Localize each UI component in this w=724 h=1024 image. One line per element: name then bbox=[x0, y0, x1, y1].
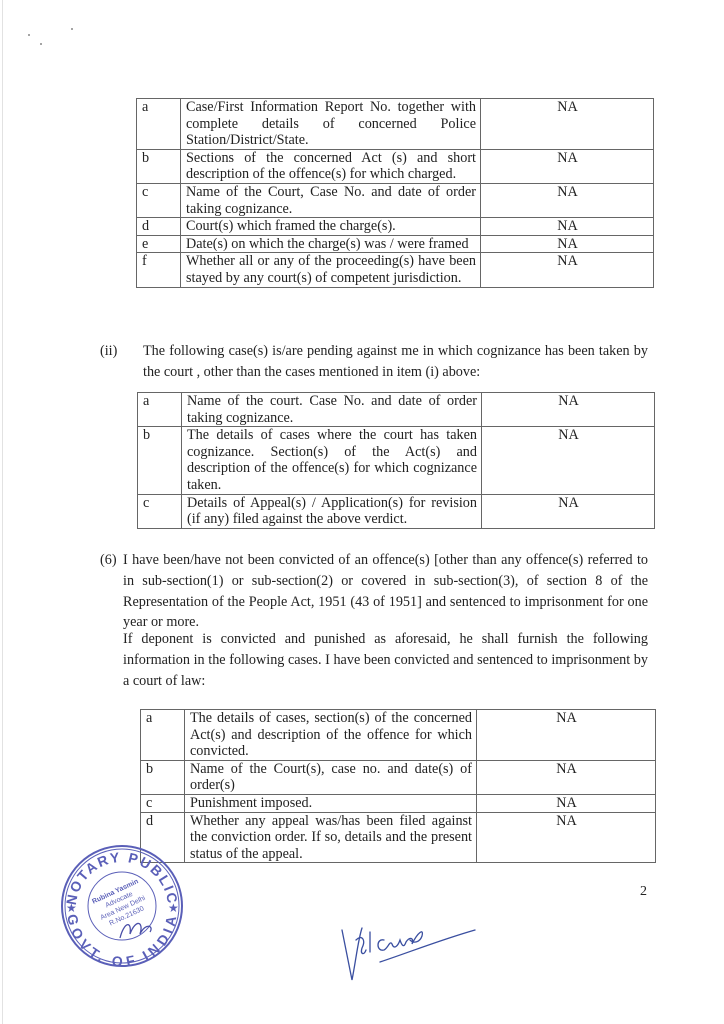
row-description: Case/First Information Report No. togeth… bbox=[181, 99, 481, 150]
table-row: cPunishment imposed.NA bbox=[141, 794, 656, 812]
row-value: NA bbox=[482, 393, 655, 427]
table-row: fWhether all or any of the proceeding(s)… bbox=[137, 253, 654, 287]
pending-cases-table: aName of the court. Case No. and date of… bbox=[137, 392, 655, 529]
row-description: Whether any appeal was/has been filed ag… bbox=[185, 812, 477, 863]
row-letter: d bbox=[137, 218, 181, 236]
row-description: The details of cases, section(s) of the … bbox=[185, 710, 477, 761]
star-icon: ★ bbox=[168, 901, 179, 915]
table-row: eDate(s) on which the charge(s) was / we… bbox=[137, 235, 654, 253]
scan-speck bbox=[71, 28, 73, 30]
row-value: NA bbox=[481, 253, 654, 287]
table-row: cName of the Court, Case No. and date of… bbox=[137, 183, 654, 217]
table-row: bThe details of cases where the court ha… bbox=[138, 427, 655, 494]
row-value: NA bbox=[481, 149, 654, 183]
row-description: Name of the Court(s), case no. and date(… bbox=[185, 760, 477, 794]
row-description: Court(s) which framed the charge(s). bbox=[181, 218, 481, 236]
row-value: NA bbox=[481, 99, 654, 150]
row-letter: c bbox=[137, 183, 181, 217]
row-description: Name of the court. Case No. and date of … bbox=[182, 393, 482, 427]
row-letter: a bbox=[141, 710, 185, 761]
row-value: NA bbox=[482, 494, 655, 528]
row-description: Whether all or any of the proceeding(s) … bbox=[181, 253, 481, 287]
row-letter: f bbox=[137, 253, 181, 287]
charges-table: aCase/First Information Report No. toget… bbox=[136, 98, 654, 288]
row-letter: c bbox=[141, 794, 185, 812]
table-row: dWhether any appeal was/has been filed a… bbox=[141, 812, 656, 863]
table-row: aName of the court. Case No. and date of… bbox=[138, 393, 655, 427]
table-row: dCourt(s) which framed the charge(s).NA bbox=[137, 218, 654, 236]
row-letter: b bbox=[138, 427, 182, 494]
notary-stamp: NOTARY PUBLIC GOVT. OF INDIA ★ ★ Rubina … bbox=[58, 842, 186, 968]
row-letter: a bbox=[137, 99, 181, 150]
pending-cases-table-body: aName of the court. Case No. and date of… bbox=[138, 393, 655, 529]
row-description: Details of Appeal(s) / Application(s) fo… bbox=[182, 494, 482, 528]
convictions-table: aThe details of cases, section(s) of the… bbox=[140, 709, 656, 863]
row-letter: b bbox=[141, 760, 185, 794]
table-row: aCase/First Information Report No. toget… bbox=[137, 99, 654, 150]
row-value: NA bbox=[481, 218, 654, 236]
table-row: cDetails of Appeal(s) / Application(s) f… bbox=[138, 494, 655, 528]
row-letter: c bbox=[138, 494, 182, 528]
row-description: Sections of the concerned Act (s) and sh… bbox=[181, 149, 481, 183]
section-6-label: (6) bbox=[100, 550, 117, 571]
page-edge bbox=[2, 0, 3, 1024]
row-description: The details of cases where the court has… bbox=[182, 427, 482, 494]
page-number: 2 bbox=[640, 884, 647, 900]
row-value: NA bbox=[481, 183, 654, 217]
convictions-table-body: aThe details of cases, section(s) of the… bbox=[141, 710, 656, 863]
table-row: bSections of the concerned Act (s) and s… bbox=[137, 149, 654, 183]
table-row: aThe details of cases, section(s) of the… bbox=[141, 710, 656, 761]
table-row: bName of the Court(s), case no. and date… bbox=[141, 760, 656, 794]
row-value: NA bbox=[477, 710, 656, 761]
star-icon: ★ bbox=[66, 901, 77, 915]
row-letter: e bbox=[137, 235, 181, 253]
stamp-initials bbox=[120, 923, 151, 938]
row-value: NA bbox=[481, 235, 654, 253]
row-value: NA bbox=[477, 812, 656, 863]
row-description: Name of the Court, Case No. and date of … bbox=[181, 183, 481, 217]
row-value: NA bbox=[482, 427, 655, 494]
row-description: Punishment imposed. bbox=[185, 794, 477, 812]
signature-stroke bbox=[342, 928, 475, 980]
row-letter: b bbox=[137, 149, 181, 183]
deponent-signature bbox=[340, 910, 480, 990]
section-6-text-2: If deponent is convicted and punished as… bbox=[123, 629, 648, 691]
row-value: NA bbox=[477, 794, 656, 812]
section-ii-text: The following case(s) is/are pending aga… bbox=[143, 341, 648, 383]
scan-speck bbox=[28, 34, 30, 36]
row-value: NA bbox=[477, 760, 656, 794]
section-ii-label: (ii) bbox=[100, 341, 117, 362]
scan-speck bbox=[40, 43, 42, 45]
row-description: Date(s) on which the charge(s) was / wer… bbox=[181, 235, 481, 253]
row-letter: a bbox=[138, 393, 182, 427]
charges-table-body: aCase/First Information Report No. toget… bbox=[137, 99, 654, 288]
section-6-text-1: I have been/have not been convicted of a… bbox=[123, 550, 648, 633]
